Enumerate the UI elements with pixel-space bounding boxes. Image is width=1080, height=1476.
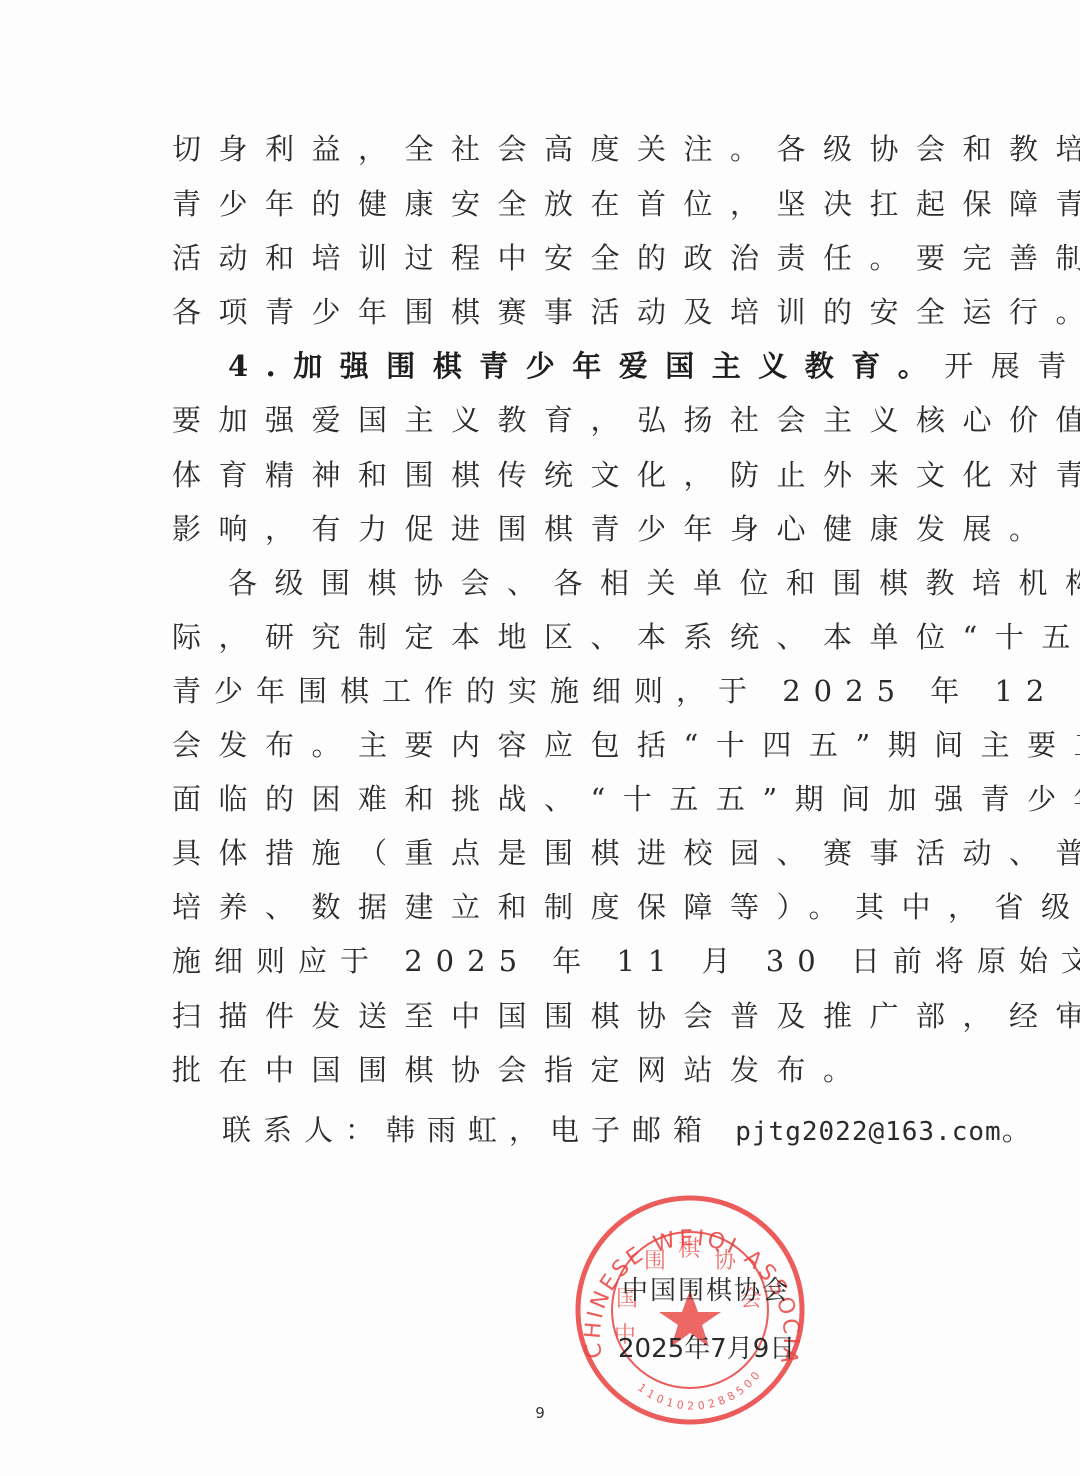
text-line: 际，研究制定本地区、本系统、本单位“十五五”期间加强 [172,617,932,657]
text-line: 要加强爱国主义教育，弘扬社会主义核心价值观，传承中华 [172,400,932,440]
text-line: 体育精神和围棋传统文化，防止外来文化对青少年产生不良 [172,455,932,495]
text-line: 切身利益，全社会高度关注。各级协会和教培机构要始终把 [172,129,932,169]
official-seal-icon: CHINESE WEIQI ASSOCIATION 1101020288500 … [574,1194,806,1426]
text-line: 培养、数据建立和制度保障等）。其中，省级围棋协会的实 [172,887,932,927]
signature-date: 2025年7月9日 [618,1334,795,1364]
document-page: 切身利益，全社会高度关注。各级协会和教培机构要始终把 青少年的健康安全放在首位，… [0,0,1080,1476]
contact-line: 联系人：韩雨虹，电子邮箱 pjtg2022@163.com。 [222,1110,982,1150]
contact-label: 联系人： [222,1113,386,1147]
text-line: 影响，有力促进围棋青少年身心健康发展。 [172,509,932,549]
text-line: 批在中国围棋协会指定网站发布。 [172,1050,932,1090]
section-4-heading: 4.加强围棋青少年爱国主义教育。 [228,349,944,383]
svg-text:棋: 棋 [678,1237,701,1262]
text-line: 具体措施（重点是围棋进校园、赛事活动、普及推广、人才 [172,833,932,873]
text-line: 各级围棋协会、各相关单位和围棋教培机构可以结合实 [228,563,988,603]
contact-name: 韩雨虹， [386,1113,550,1147]
text-line: 面临的困难和挑战、“十五五”期间加强青少年围棋工作的 [172,779,932,819]
text-line: 青少年围棋工作的实施细则，于 2025 年 12 月 31 日前向社 [172,671,932,711]
text-line: 扫描件发送至中国围棋协会普及推广部，经审核通过后将分 [172,996,932,1036]
svg-text:围: 围 [644,1249,666,1274]
text-line: 会发布。主要内容应包括“十四五”期间主要工作和成效、 [172,725,932,765]
page-number: 9 [534,1404,546,1422]
text-line: 施细则应于 2025 年 11 月 30 日前将原始文件和加盖公章的 [172,941,932,981]
section-4-text: 开展青少年围棋工作 [944,349,1080,383]
svg-text:协: 协 [714,1249,737,1274]
text-line: 各项青少年围棋赛事活动及培训的安全运行。 [172,292,932,332]
text-line: 活动和培训过程中安全的政治责任。要完善制度措施，确保 [172,238,932,278]
signature-organization: 中国围棋协会 [622,1276,790,1306]
email-label: 电子邮箱 [550,1113,735,1147]
text-line: 青少年的健康安全放在首位，坚决扛起保障青少年围棋赛事 [172,184,932,224]
section-4-first-line: 4.加强围棋青少年爱国主义教育。开展青少年围棋工作 [228,346,988,386]
contact-email[interactable]: pjtg2022@163.com [735,1117,1001,1147]
